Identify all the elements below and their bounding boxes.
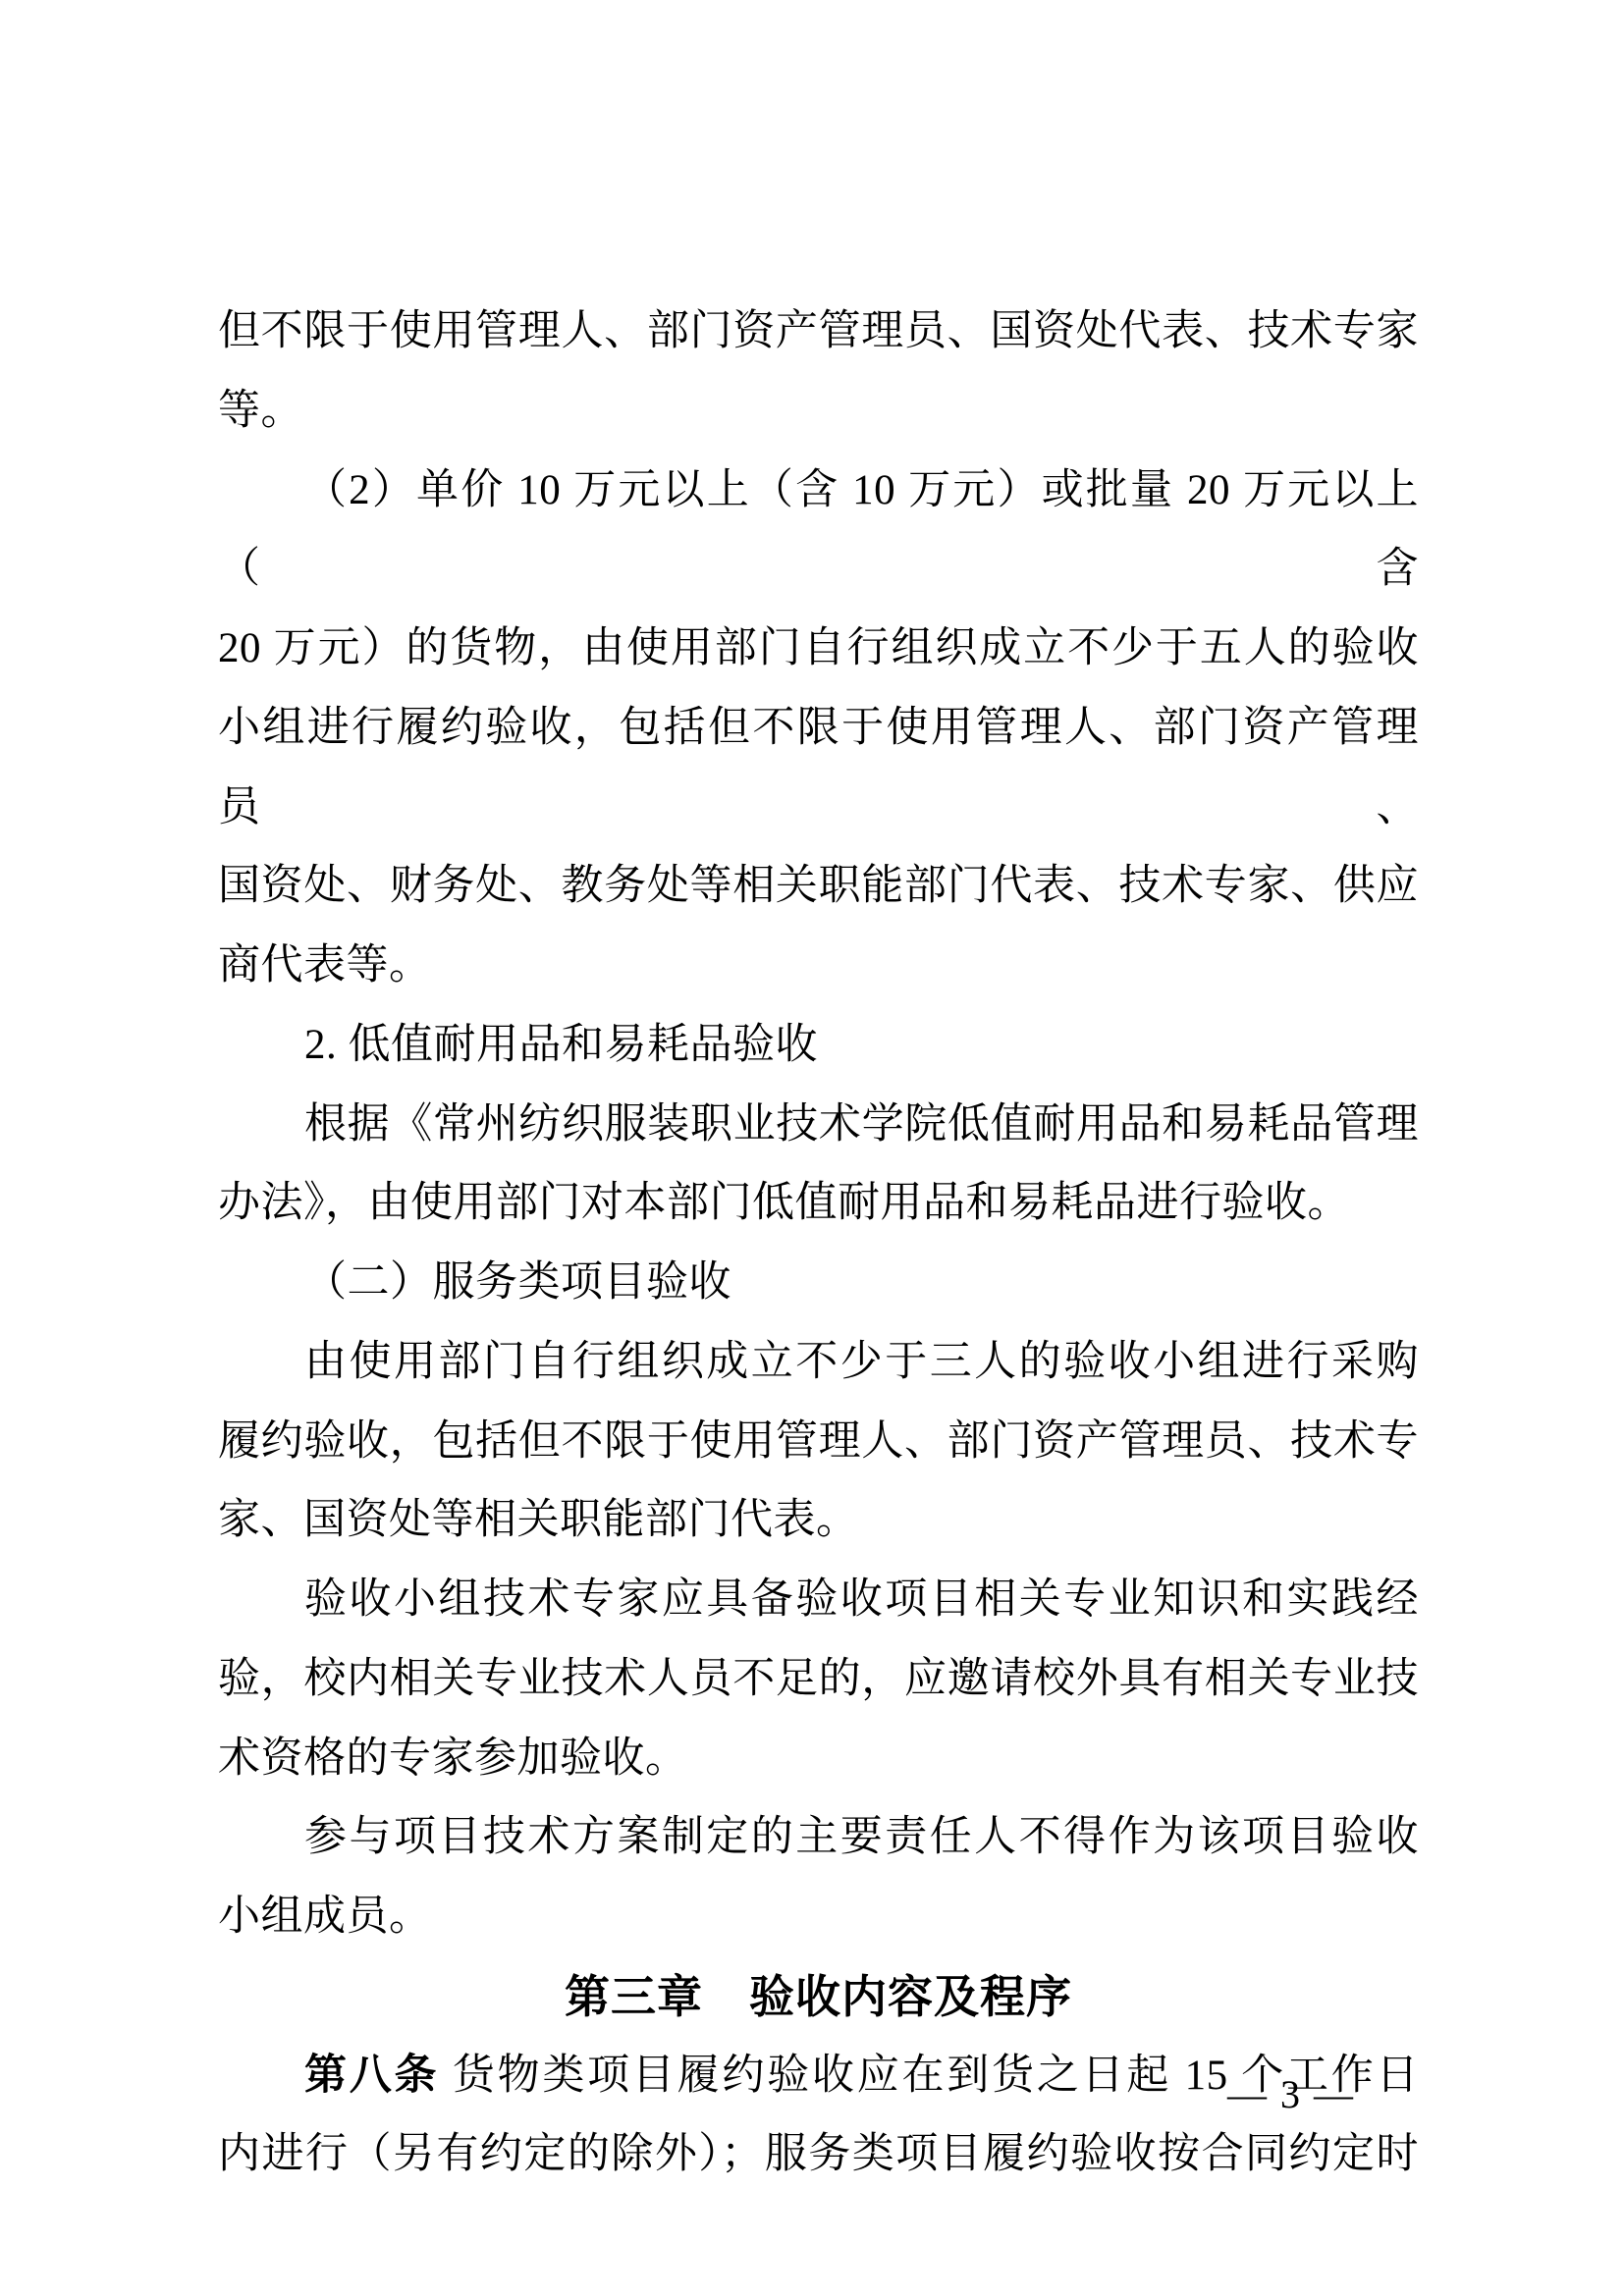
text-line: 验收小组技术专家应具备验收项目相关专业知识和实践经 <box>218 1561 1419 1640</box>
text-line: 由使用部门自行组织成立不少于三人的验收小组进行采购 <box>218 1323 1419 1403</box>
article-number: 第八条 <box>304 2053 439 2099</box>
text-line: 术资格的专家参加验收。 <box>218 1720 1419 1799</box>
text-line: 等。 <box>218 372 1419 452</box>
text-line: （2）单价 10 万元以上（含 10 万元）或批量 20 万元以上（含 <box>218 452 1419 611</box>
text-line: 商代表等。 <box>218 927 1419 1006</box>
document-page: 但不限于使用管理人、部门资产管理员、国资处代表、技术专家等。（2）单价 10 万… <box>0 0 1624 2296</box>
text-line: 验，校内相关专业技术人员不足的，应邀请校外具有相关专业技 <box>218 1640 1419 1720</box>
text-line: 参与项目技术方案制定的主要责任人不得作为该项目验收 <box>218 1798 1419 1878</box>
text-line: 小组成员。 <box>218 1878 1419 1957</box>
text-line: 内进行（另有约定的除外）；服务类项目履约验收按合同约定时 <box>218 2115 1419 2195</box>
text-line: （二）服务类项目验收 <box>218 1244 1419 1323</box>
text-line: 家、国资处等相关职能部门代表。 <box>218 1481 1419 1561</box>
text-line: 根据《常州纺织服装职业技术学院低值耐用品和易耗品管理 <box>218 1086 1419 1165</box>
text-line: 但不限于使用管理人、部门资产管理员、国资处代表、技术专家 <box>218 293 1419 372</box>
text-line: 国资处、财务处、教务处等相关职能部门代表、技术专家、供应 <box>218 847 1419 927</box>
text-line: 20 万元）的货物，由使用部门自行组织成立不少于五人的验收 <box>218 610 1419 689</box>
chapter-heading: 第三章 验收内容及程序 <box>218 1957 1419 2037</box>
text-line: 履约验收，包括但不限于使用管理人、部门资产管理员、技术专 <box>218 1403 1419 1482</box>
text-line: 办法》，由使用部门对本部门低值耐用品和易耗品进行验收。 <box>218 1164 1419 1244</box>
text-line: 小组进行履约验收，包括但不限于使用管理人、部门资产管理员、 <box>218 689 1419 848</box>
text-block: 但不限于使用管理人、部门资产管理员、国资处代表、技术专家等。（2）单价 10 万… <box>218 293 1419 2195</box>
text-line: 2. 低值耐用品和易耗品验收 <box>218 1006 1419 1086</box>
page-number: — 3 — <box>1227 2075 1355 2114</box>
